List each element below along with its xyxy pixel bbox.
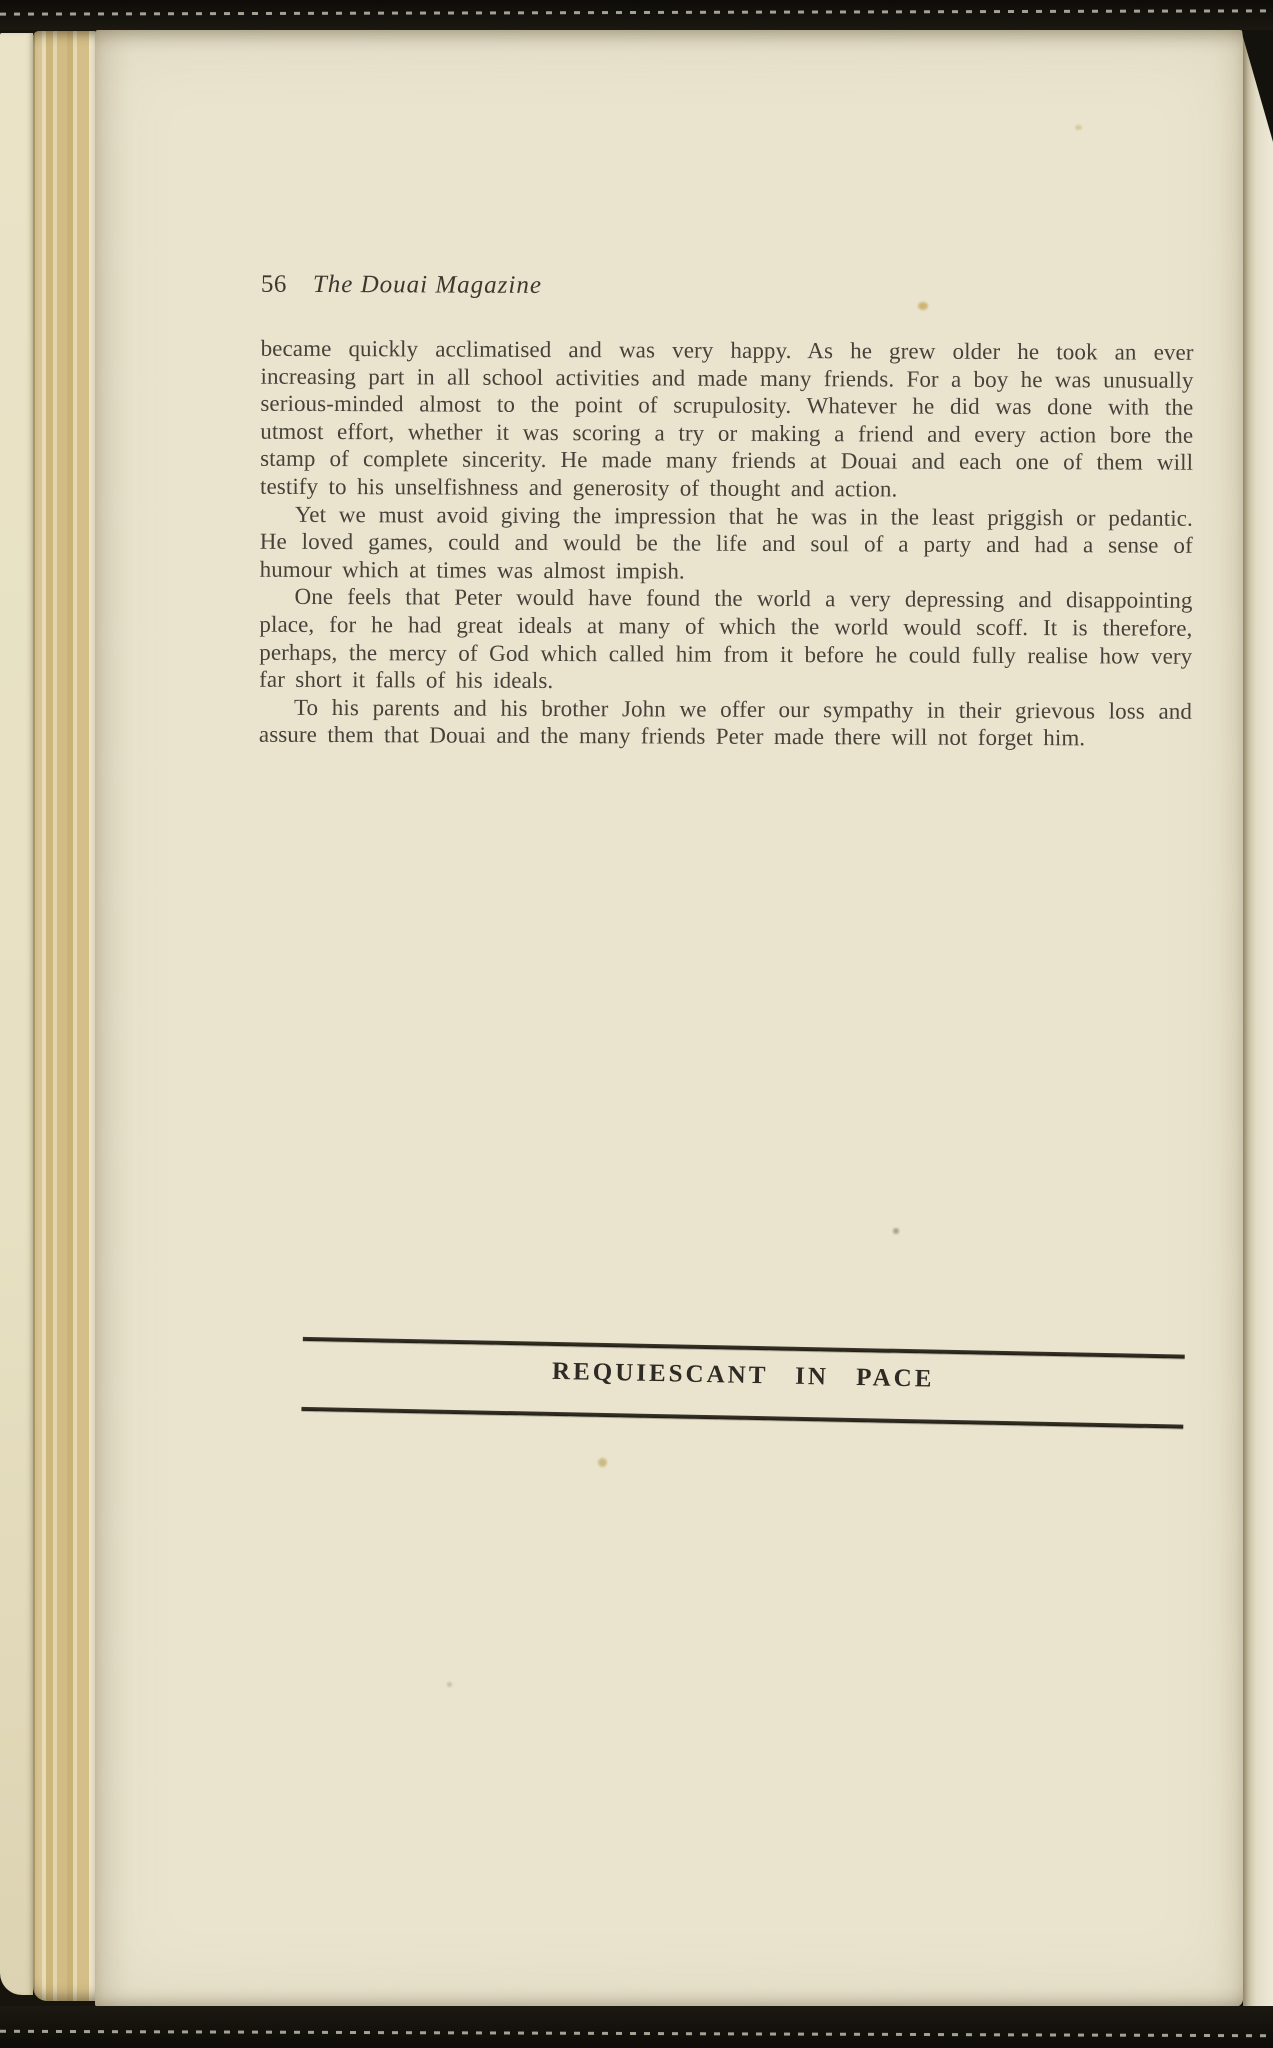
- right-page-fold: [1243, 0, 1273, 2048]
- left-page-foredge: [0, 33, 33, 1995]
- paragraph: One feels that Peter would have found th…: [259, 583, 1192, 697]
- page-edge-stack: [33, 31, 95, 2001]
- paragraph: To his parents and his brother John we o…: [259, 693, 1192, 752]
- page-stain: [598, 1458, 607, 1467]
- binding-stitch-line: [0, 9, 1273, 15]
- magazine-title: The Douai Magazine: [313, 271, 542, 299]
- page-stain: [918, 302, 928, 310]
- paragraph: Yet we must avoid giving the impression …: [260, 500, 1193, 587]
- binding-stitch-line: [0, 2030, 1273, 2037]
- page-stain: [447, 1682, 452, 1687]
- page-stain: [893, 1228, 899, 1234]
- running-head: 56The Douai Magazine: [261, 271, 1194, 303]
- requiescant-section: REQUIESCANT IN PACE: [301, 1337, 1184, 1433]
- obituary-text: became quickly acclimatised and was very…: [259, 335, 1194, 753]
- page-content: 56The Douai Magazine became quickly accl…: [86, 28, 1243, 2010]
- magazine-page: 56The Douai Magazine became quickly accl…: [95, 30, 1243, 2007]
- book-cover-bottom-edge: [0, 2006, 1273, 2048]
- section-heading: REQUIESCANT IN PACE: [302, 1353, 1184, 1399]
- book-scan: 56The Douai Magazine became quickly accl…: [0, 0, 1273, 2048]
- horizontal-rule-bottom: [301, 1407, 1183, 1429]
- book-cover-top-edge: [0, 0, 1273, 30]
- page-stain: [1075, 125, 1082, 130]
- page-number: 56: [261, 271, 287, 298]
- paragraph: became quickly acclimatised and was very…: [260, 335, 1194, 505]
